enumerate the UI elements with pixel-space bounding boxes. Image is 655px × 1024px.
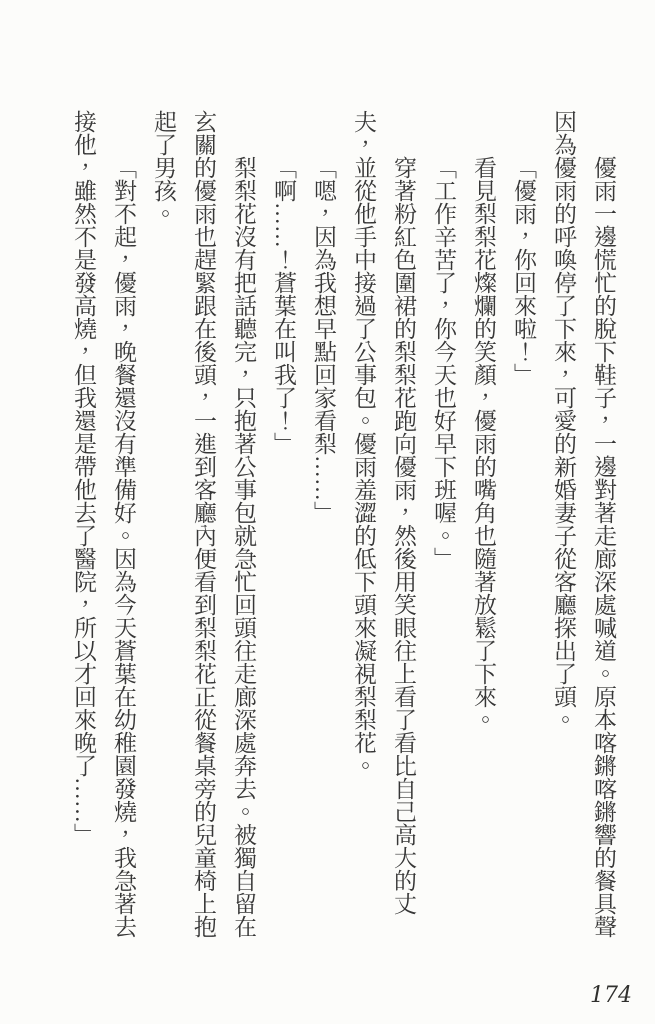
paragraph: 看見梨梨花燦爛的笑顏，優雨的嘴角也隨著放鬆了下來。 <box>463 110 503 938</box>
paragraph: 「工作辛苦了，你今天也好早下班喔。」 <box>423 110 463 938</box>
paragraph: 「啊……！蒼葉在叫我了！」 <box>263 110 303 938</box>
page-number: 174 <box>590 983 632 1008</box>
paragraph: 穿著粉紅色圍裙的梨梨花跑向優雨，然後用笑眼往上看了看比自己高大的丈夫，並從他手中… <box>343 110 423 938</box>
book-page: 優雨一邊慌忙的脫下鞋子，一邊對著走廊深處喊道。原本喀鏘喀鏘響的餐具聲因為優雨的呼… <box>0 0 655 1024</box>
paragraph: 「優雨，你回來啦！」 <box>503 110 543 938</box>
novel-text-block: 優雨一邊慌忙的脫下鞋子，一邊對著走廊深處喊道。原本喀鏘喀鏘響的餐具聲因為優雨的呼… <box>63 110 623 938</box>
paragraph: 「對不起，優雨，晚餐還沒有準備好。因為今天蒼葉在幼稚園發燒，我急著去接他，雖然不… <box>63 110 143 938</box>
paragraph: 優雨一邊慌忙的脫下鞋子，一邊對著走廊深處喊道。原本喀鏘喀鏘響的餐具聲因為優雨的呼… <box>543 110 623 938</box>
paragraph: 梨梨花沒有把話聽完，只抱著公事包就急忙回頭往走廊深處奔去。被獨自留在玄關的優雨也… <box>143 110 263 938</box>
paragraph: 「嗯，因為我想早點回家看梨……」 <box>303 110 343 938</box>
